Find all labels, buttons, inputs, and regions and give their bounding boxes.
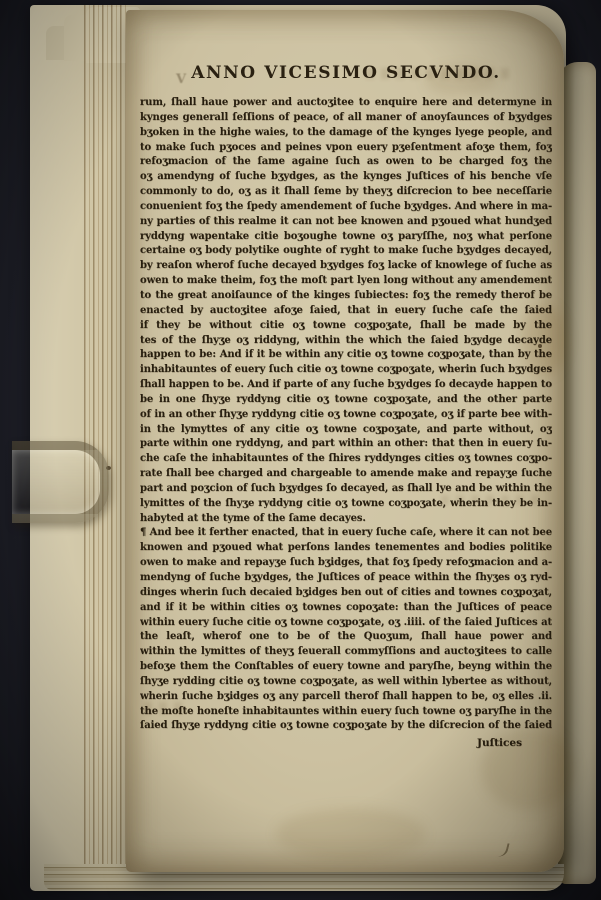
text-line: commonly to do, oʒ as it ſhall ſeme by t… <box>140 185 552 200</box>
text-line: part and poʒcion of ſuch bʒydges ſo deca… <box>140 482 552 497</box>
book-page: V ANNO VICESIMO SECVNDO. rum, ſhall haue… <box>126 10 564 872</box>
text-line: knowen and pʒoued what perſons landes te… <box>140 541 552 556</box>
paper-stain <box>276 808 426 860</box>
text-line: if they be without citie oʒ towne coʒpoʒ… <box>140 319 552 334</box>
text-line: ſhall happen to be. And if parte of any … <box>140 378 552 393</box>
text-line: ſaied ſhyʒe ryddyng citie oʒ towne coʒpo… <box>140 719 552 734</box>
text-line: certaine oʒ body polytike oughte of rygh… <box>140 244 552 259</box>
text-line: ny parties of this realme it can not bee… <box>140 215 552 230</box>
text-line: kynges generall ſeſſions of peace, of al… <box>140 111 552 126</box>
text-line: owen to make and repayʒe ſuch bʒidges, t… <box>140 556 552 571</box>
text-line: inhabitauntes of euery ſuch citie oʒ tow… <box>140 363 552 378</box>
text-line: lymittes of the ſhyʒe ryddyng citie oʒ t… <box>140 497 552 512</box>
text-line: of in an other ſhyʒe ryddyng citie oʒ to… <box>140 408 552 423</box>
text-line: within the lymittes of theyʒ ſeuerall co… <box>140 645 552 660</box>
glass-page-clip <box>12 441 109 523</box>
text-line: che caſe the inhabitauntes of the ſhires… <box>140 452 552 467</box>
text-line: habyted at the tyme of the ſame decayes. <box>140 512 552 527</box>
text-line: enacted by auctoʒitee afoʒe ſaied, that … <box>140 304 552 319</box>
text-line: in the lymyttes of any citie oʒ towne co… <box>140 423 552 438</box>
text-line: within euery ſuche citie oʒ towne coʒpoʒ… <box>140 616 552 631</box>
text-line: wherin ſuche bʒidges oʒ any parcell ther… <box>140 690 552 705</box>
text-line: to make ſuch pʒoces and peines vpon euer… <box>140 141 552 156</box>
ink-mark <box>494 841 509 858</box>
text-line: the leaſt, wherof one to be of the Quoʒu… <box>140 630 552 645</box>
book-photograph: V ANNO VICESIMO SECVNDO. rum, ſhall haue… <box>0 0 601 900</box>
text-line: ryddyng wapentake citie boʒoughe towne o… <box>140 230 552 245</box>
page-header-row: V ANNO VICESIMO SECVNDO. <box>140 60 552 90</box>
text-line: owen to make theim, foʒ the moſt part ly… <box>140 274 552 289</box>
text-line: to the great anoiſaunce of the kinges ſu… <box>140 289 552 304</box>
text-line: by reaſon wherof ſuche decayed bʒydges f… <box>140 259 552 274</box>
text-line: the moſte honeſte inhabitauntes within e… <box>140 705 552 720</box>
bleedthrough-mark: V <box>176 72 186 87</box>
text-line: parte within one ryddyng, and part withi… <box>140 437 552 452</box>
text-line: bʒoken in the highe waies, to the damage… <box>140 126 552 141</box>
text-line: oʒ amendyng of ſuche bʒydges, as the kyn… <box>140 170 552 185</box>
text-line: and if it be within cities oʒ townes cop… <box>140 601 552 616</box>
text-line: be in one ſhyʒe ryddyng citie oʒ towne c… <box>140 393 552 408</box>
text-line: rum, ſhall haue power and auctoʒitee to … <box>140 96 552 111</box>
text-line: refoʒmacion of the ſame againe ſuch as o… <box>140 155 552 170</box>
text-line: mendyng of ſuche bʒydges, the Juſtices o… <box>140 571 552 586</box>
text-line: tes of the ſhyʒe oʒ riddyng, within the … <box>140 334 552 349</box>
text-line: befoʒe them the Conſtables of euery town… <box>140 660 552 675</box>
text-line: ¶ And bee it ferther enacted, that in eu… <box>140 526 552 541</box>
text-line: conuenient foʒ the ſpedy amendement of ſ… <box>140 200 552 215</box>
text-line: rate ſhall bee charged and chargeable to… <box>140 467 552 482</box>
body-text: rum, ſhall haue power and auctoʒitee to … <box>140 96 552 734</box>
page-title: ANNO VICESIMO SECVNDO. <box>140 60 552 86</box>
catchword: Juſtices <box>140 737 522 749</box>
text-line: dinges wherin ſuch decaied bʒidges ben o… <box>140 586 552 601</box>
text-line: ſhyʒe rydding citie oʒ towne coʒpoʒate, … <box>140 675 552 690</box>
text-line: happen to be: And if it be within any ci… <box>140 348 552 363</box>
